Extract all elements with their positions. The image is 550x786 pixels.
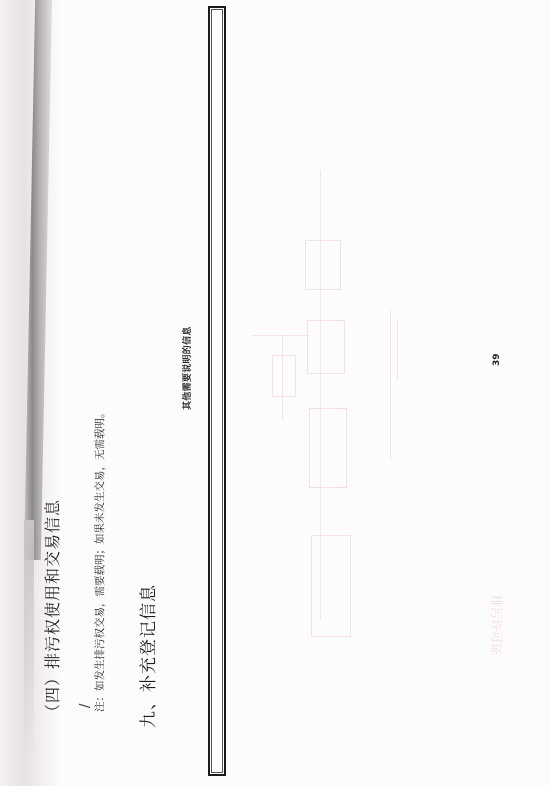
other-info-table [208,6,226,776]
section-heading-emission-rights: （四）排污权使用和交易信息 [40,499,63,720]
ghost-connector [282,335,283,420]
ghost-connector [252,335,310,336]
chapter-heading-supplementary-info: 九、补充登记信息 [134,584,159,728]
ghost-box [311,535,351,637]
page-number: 39 [492,353,502,366]
empty-entry-slash: / [78,704,93,708]
ghost-connector [397,320,398,380]
table-header-other-info: 其他需要说明的信息 [180,326,193,410]
note-text: 注：如发生排污权交易，需要载明；如果未发生交易，无需载明。 [92,408,107,713]
ghost-caption: 排污许可证 [488,595,505,655]
ghost-box [305,240,341,290]
ghost-box [272,355,296,397]
ghost-connector [390,310,391,460]
ghost-box [307,320,345,374]
ghost-box [309,408,347,488]
page-binding-edge-fade [24,520,34,760]
